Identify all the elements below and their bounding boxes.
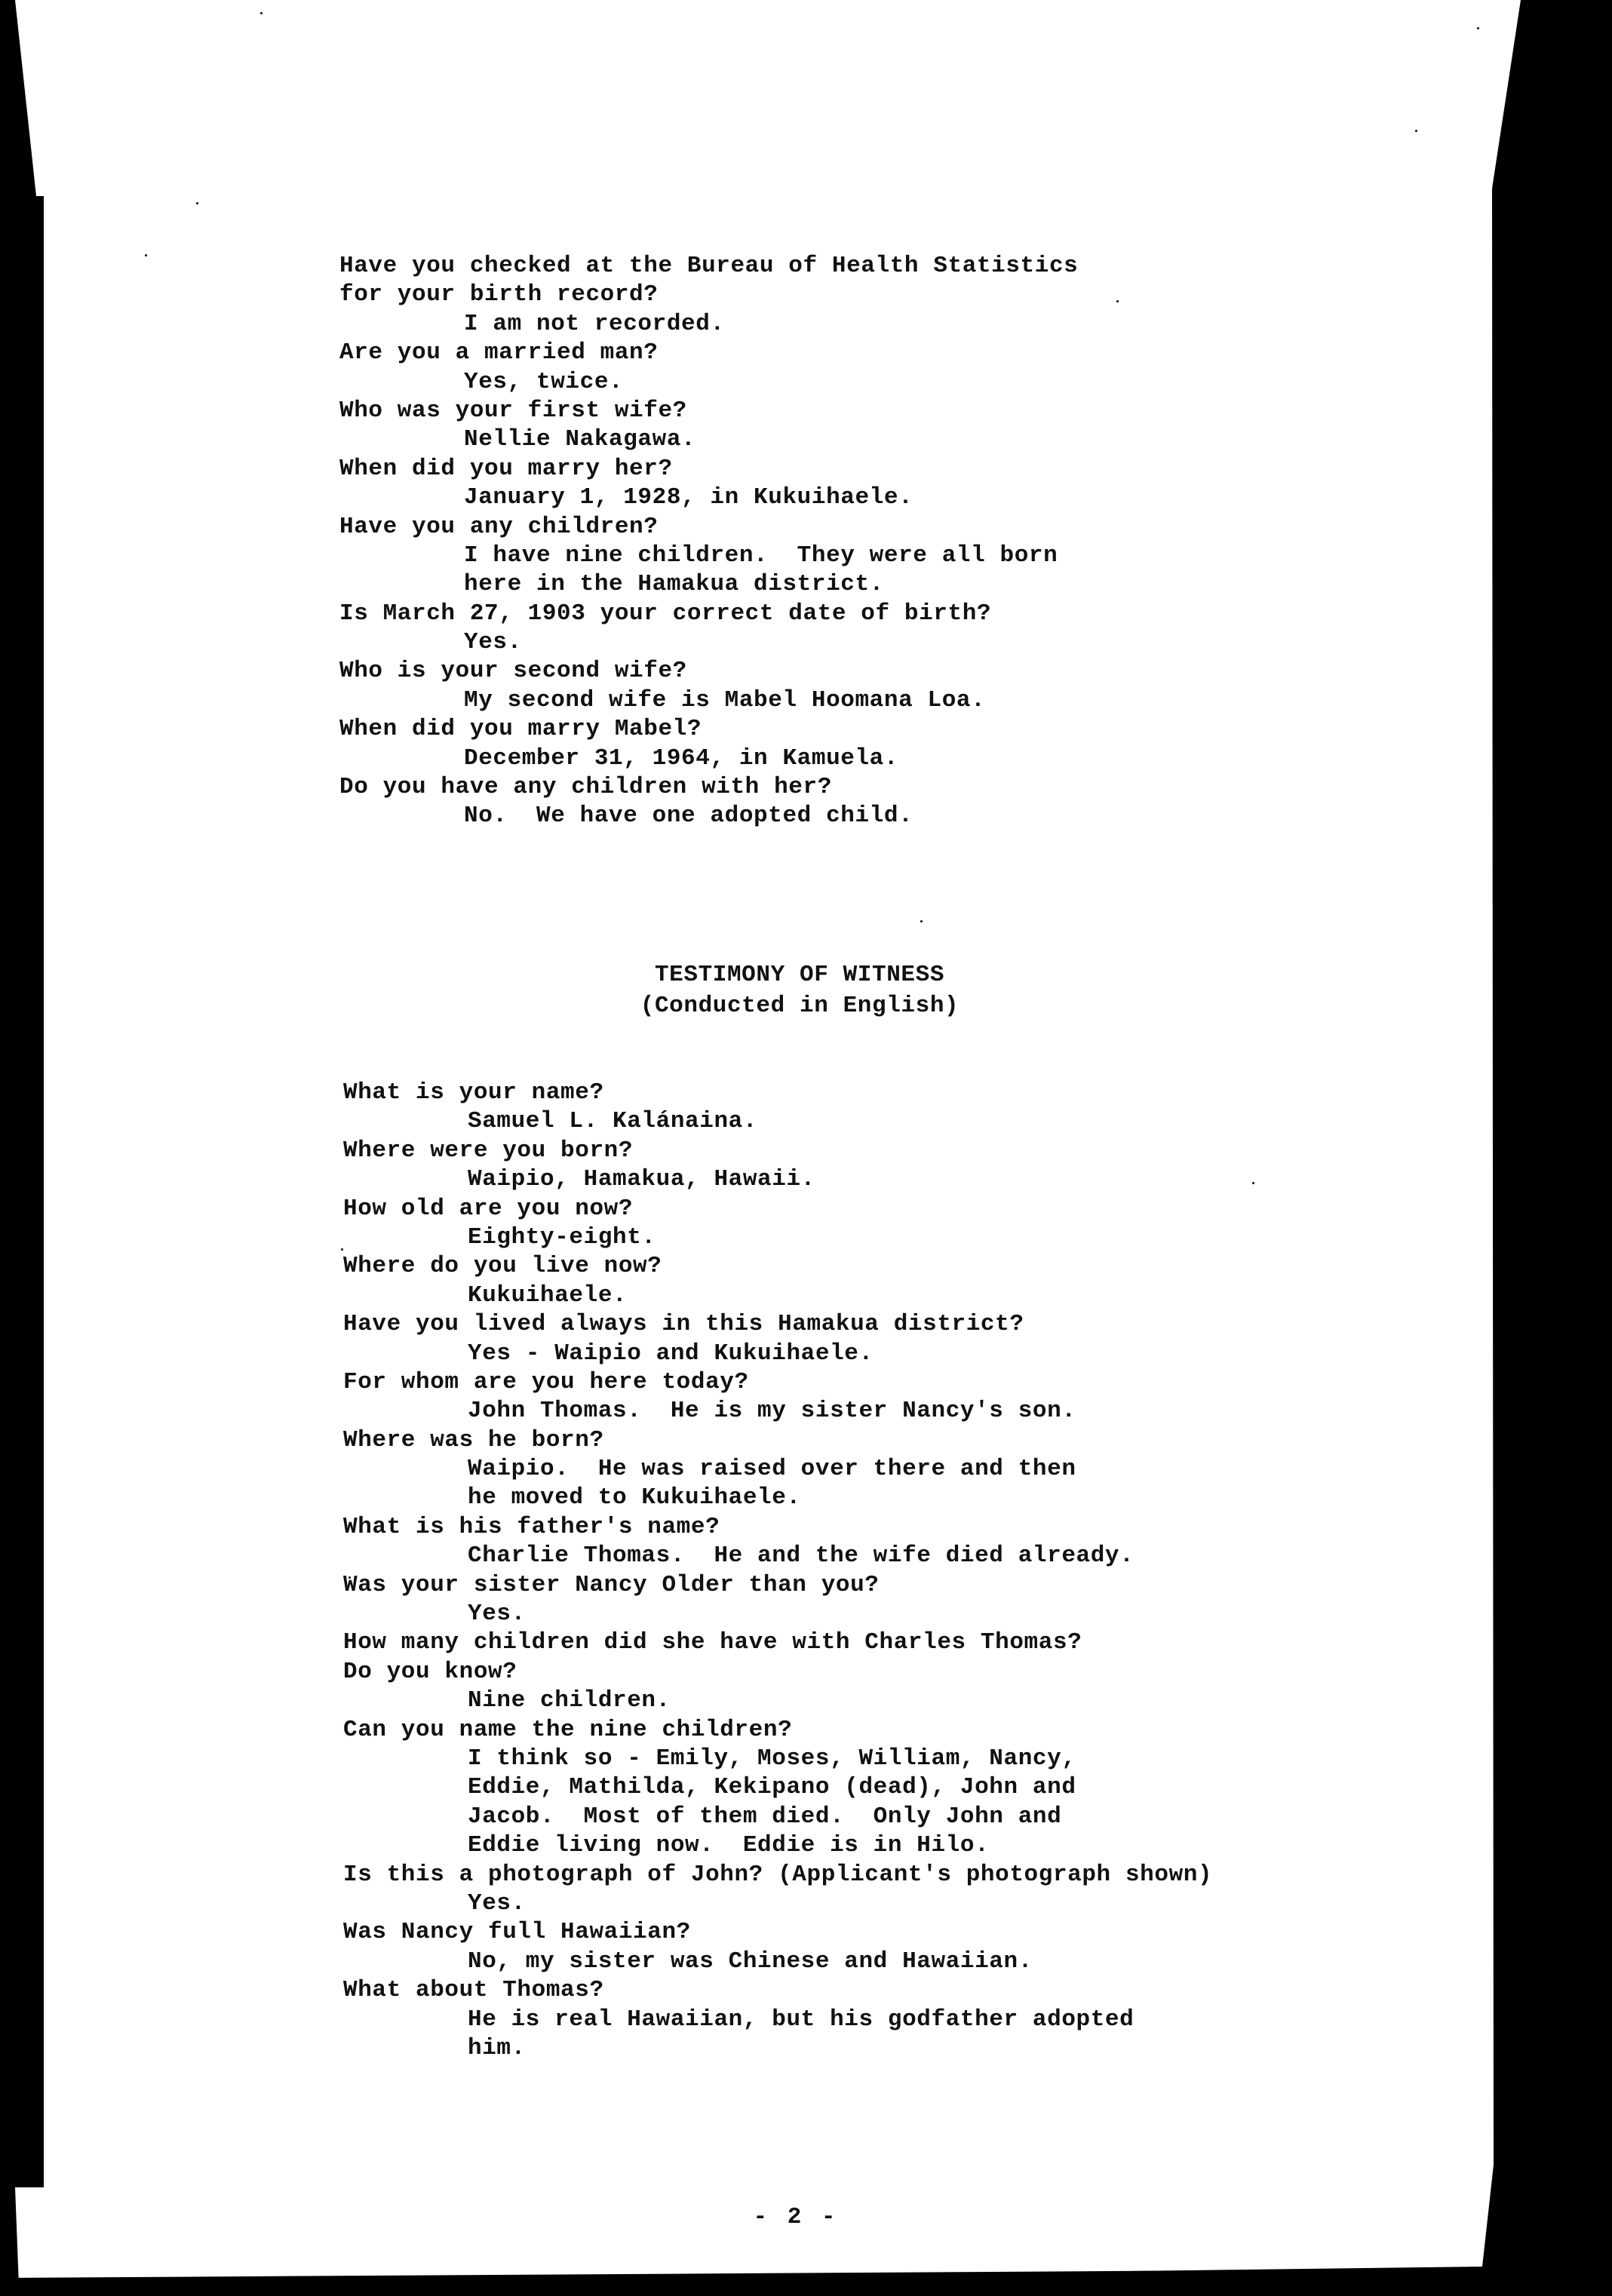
interview-section-applicant: Have you checked at the Bureau of Health… [339, 252, 1078, 831]
question-line: Are you a married man? [339, 339, 1078, 367]
answer-line: My second wife is Mabel Hoomana Loa. [339, 686, 1078, 715]
answer-line: I have nine children. They were all born [339, 542, 1078, 570]
scan-speck [348, 1576, 351, 1579]
answer-line: No, my sister was Chinese and Hawaiian. [343, 1948, 1212, 1976]
scan-speck [341, 1248, 343, 1251]
question-line: Was your sister Nancy Older than you? [343, 1571, 1212, 1600]
question-line: Is March 27, 1903 your correct date of b… [339, 600, 1078, 628]
answer-line: Yes. [343, 1889, 1212, 1918]
answer-line: he moved to Kukuihaele. [343, 1484, 1212, 1512]
question-line: Do you know? [343, 1658, 1212, 1687]
answer-line: Eddie living now. Eddie is in Hilo. [343, 1831, 1212, 1860]
question-line: Where was he born? [343, 1426, 1212, 1455]
question-line: How many children did she have with Char… [343, 1628, 1212, 1657]
answer-line: Kukuihaele. [343, 1282, 1212, 1310]
answer-line: I think so - Emily, Moses, William, Nanc… [343, 1745, 1212, 1773]
question-line: Is this a photograph of John? (Applicant… [343, 1861, 1212, 1889]
answer-line: Nine children. [343, 1687, 1212, 1715]
question-line: What is your name? [343, 1079, 1212, 1107]
question-line: Who was your first wife? [339, 397, 1078, 425]
answer-line: Nellie Nakagawa. [339, 425, 1078, 454]
question-line: Have you checked at the Bureau of Health… [339, 252, 1078, 281]
scan-speck [260, 12, 263, 14]
scan-speck [1252, 1182, 1254, 1184]
answer-line: Waipio. He was raised over there and the… [343, 1455, 1212, 1484]
question-line: Do you have any children with her? [339, 773, 1078, 802]
interview-section-witness: What is your name?Samuel L. Kalánaina.Wh… [343, 1079, 1212, 2063]
scan-speck [1415, 130, 1417, 132]
question-line: Who is your second wife? [339, 657, 1078, 686]
answer-line: Yes. [339, 628, 1078, 657]
scan-speck [1477, 27, 1479, 29]
section-heading: TESTIMONY OF WITNESS (Conducted in Engli… [422, 959, 1177, 1021]
answer-line: Eighty-eight. [343, 1223, 1212, 1252]
page-number: - 2 - [747, 2204, 845, 2230]
answer-line: I am not recorded. [339, 310, 1078, 339]
scan-speck [920, 920, 923, 922]
question-line: Have you any children? [339, 513, 1078, 542]
answer-line: No. We have one adopted child. [339, 802, 1078, 830]
answer-line: here in the Hamakua district. [339, 570, 1078, 599]
scan-speck [145, 254, 147, 256]
question-line: What is his father's name? [343, 1513, 1212, 1542]
answer-line: Waipio, Hamakua, Hawaii. [343, 1165, 1212, 1194]
question-line: Can you name the nine children? [343, 1716, 1212, 1745]
scan-border-right [1492, 0, 1612, 2296]
answer-line: January 1, 1928, in Kukuihaele. [339, 483, 1078, 512]
question-line: When did you marry Mabel? [339, 715, 1078, 744]
question-line: For whom are you here today? [343, 1368, 1212, 1397]
answer-line: Yes. [343, 1600, 1212, 1628]
answer-line: December 31, 1964, in Kamuela. [339, 744, 1078, 773]
question-line: Where were you born? [343, 1137, 1212, 1165]
heading-title: TESTIMONY OF WITNESS [422, 959, 1177, 990]
answer-line: Yes - Waipio and Kukuihaele. [343, 1340, 1212, 1368]
answer-line: Jacob. Most of them died. Only John and [343, 1803, 1212, 1831]
scan-speck [1116, 300, 1119, 302]
answer-line: John Thomas. He is my sister Nancy's son… [343, 1397, 1212, 1426]
answer-line: Samuel L. Kalánaina. [343, 1107, 1212, 1136]
answer-line: Charlie Thomas. He and the wife died alr… [343, 1542, 1212, 1570]
question-line: When did you marry her? [339, 455, 1078, 483]
document-page: Have you checked at the Bureau of Health… [0, 0, 1612, 2296]
heading-subtitle: (Conducted in English) [422, 990, 1177, 1021]
question-line: How old are you now? [343, 1195, 1212, 1223]
question-line: Was Nancy full Hawaiian? [343, 1918, 1212, 1947]
answer-line: He is real Hawaiian, but his godfather a… [343, 2006, 1212, 2034]
scan-speck [196, 202, 198, 204]
question-line: What about Thomas? [343, 1976, 1212, 2005]
question-line: Where do you live now? [343, 1252, 1212, 1281]
answer-line: Yes, twice. [339, 368, 1078, 397]
answer-line: Eddie, Mathilda, Kekipano (dead), John a… [343, 1773, 1212, 1802]
question-line: Have you lived always in this Hamakua di… [343, 1310, 1212, 1339]
answer-line: him. [343, 2034, 1212, 2063]
question-line: for your birth record? [339, 281, 1078, 309]
scan-border-left [0, 0, 44, 2296]
